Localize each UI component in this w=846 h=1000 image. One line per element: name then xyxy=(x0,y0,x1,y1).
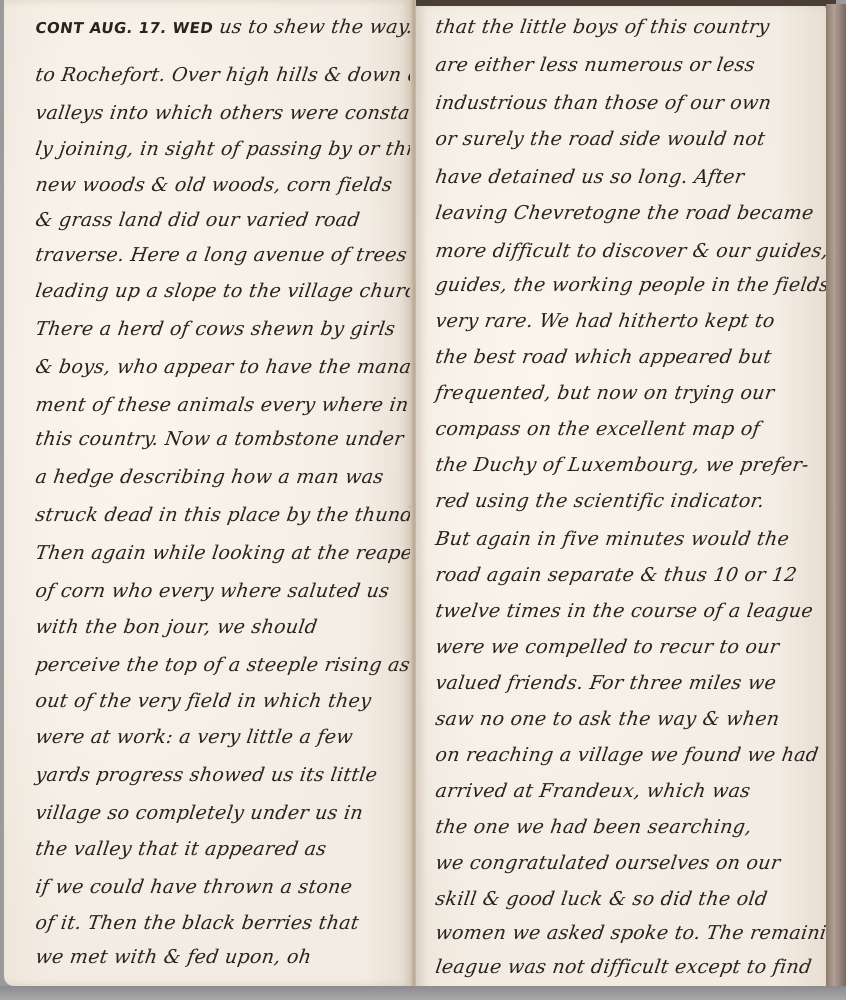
left-line-12: this country. Now a tombstone under xyxy=(34,428,405,450)
left-line-15: Then again while looking at the reapers xyxy=(34,542,433,564)
left-line-4: ly joining, in sight of passing by or th… xyxy=(34,138,429,160)
right-line-1: that the little boys of this country xyxy=(434,16,771,38)
left-line-26: we met with & fed upon, oh xyxy=(34,946,313,968)
left-line-8: leading up a slope to the village church… xyxy=(34,280,436,302)
left-line-23: the valley that it appeared as xyxy=(34,838,328,860)
right-page-text: that the little boys of this country are… xyxy=(416,4,826,992)
right-line-26: women we asked spoke to. The remaining xyxy=(434,922,846,944)
right-page: that the little boys of this country are… xyxy=(416,4,826,992)
left-line-2: to Rochefort. Over high hills & down eve… xyxy=(34,64,456,86)
left-line-21: yards progress showed us its little xyxy=(34,764,379,786)
right-line-20: saw no one to ask the way & when xyxy=(434,708,781,730)
left-line-10: & boys, who appear to have the manage- xyxy=(34,356,444,378)
right-line-18: were we compelled to recur to our xyxy=(434,636,781,658)
right-line-16: road again separate & thus 10 or 12 xyxy=(434,564,798,586)
left-line-6: & grass land did our varied road xyxy=(34,209,362,231)
right-line-2: are either less numerous or less xyxy=(434,54,756,76)
book-page-edges xyxy=(826,4,846,996)
left-line-20: were at work: a very little a few xyxy=(34,726,355,748)
right-line-4: or surely the road side would not xyxy=(434,128,767,150)
right-line-19: valued friends. For three miles we xyxy=(434,672,778,694)
right-line-23: the one we had been searching, xyxy=(434,816,753,838)
right-line-22: arrived at Frandeux, which was xyxy=(434,780,752,802)
left-line-22: village so completely under us in xyxy=(34,802,365,824)
left-line-17: with the bon jour, we should xyxy=(34,616,319,638)
right-line-17: twelve times in the course of a league xyxy=(434,600,815,622)
date-heading: CONT AUG. 17. WED xyxy=(34,19,214,37)
top-edge-shadow xyxy=(416,0,836,6)
right-line-27: league was not difficult except to find xyxy=(434,956,813,978)
right-line-9: very rare. We had hitherto kept to xyxy=(434,310,776,332)
right-line-24: we congratulated ourselves on our xyxy=(434,852,782,874)
left-line-1: CONT AUG. 17. WEDus to shew the way. xyxy=(34,16,414,38)
left-line-19: out of the very field in which they xyxy=(34,690,373,712)
left-line-24: if we could have thrown a stone xyxy=(34,876,354,898)
journal-spread: CONT AUG. 17. WEDus to shew the way. to … xyxy=(0,0,846,1000)
left-line-3: valleys into which others were constant- xyxy=(34,102,439,124)
bottom-background-band xyxy=(0,986,846,1000)
right-line-7: more difficult to discover & our guides, xyxy=(434,240,830,262)
left-line-13: a hedge describing how a man was xyxy=(34,466,385,488)
right-line-21: on reaching a village we found we had xyxy=(434,744,820,766)
left-line-14: struck dead in this place by the thunder… xyxy=(34,504,440,526)
right-line-13: the Duchy of Luxembourg, we prefer- xyxy=(434,454,810,476)
right-line-8: guides, the working people in the fields… xyxy=(434,274,837,296)
right-line-6: leaving Chevretogne the road became xyxy=(434,202,815,224)
left-line-25: of it. Then the black berries that xyxy=(34,912,360,934)
line-text: us to shew the way. xyxy=(218,16,414,38)
left-line-11: ment of these animals every where in xyxy=(34,394,410,416)
right-line-10: the best road which appeared but xyxy=(434,346,773,368)
left-line-5: new woods & old woods, corn fields xyxy=(34,174,394,196)
right-line-3: industrious than those of our own xyxy=(434,92,773,114)
left-line-7: traverse. Here a long avenue of trees xyxy=(34,244,408,266)
left-page: CONT AUG. 17. WEDus to shew the way. to … xyxy=(4,0,412,986)
right-line-15: But again in five minutes would the xyxy=(434,528,791,550)
right-line-12: compass on the excellent map of xyxy=(434,418,762,440)
right-line-25: skill & good luck & so did the old xyxy=(434,888,769,910)
right-line-5: have detained us so long. After xyxy=(434,166,746,188)
right-line-14: red using the scientific indicator. xyxy=(434,490,766,512)
left-page-text: CONT AUG. 17. WEDus to shew the way. to … xyxy=(4,0,412,986)
left-line-16: of corn who every where saluted us xyxy=(34,580,391,602)
right-line-11: frequented, but now on trying our xyxy=(434,382,776,404)
left-line-9: There a herd of cows shewn by girls xyxy=(34,318,397,340)
